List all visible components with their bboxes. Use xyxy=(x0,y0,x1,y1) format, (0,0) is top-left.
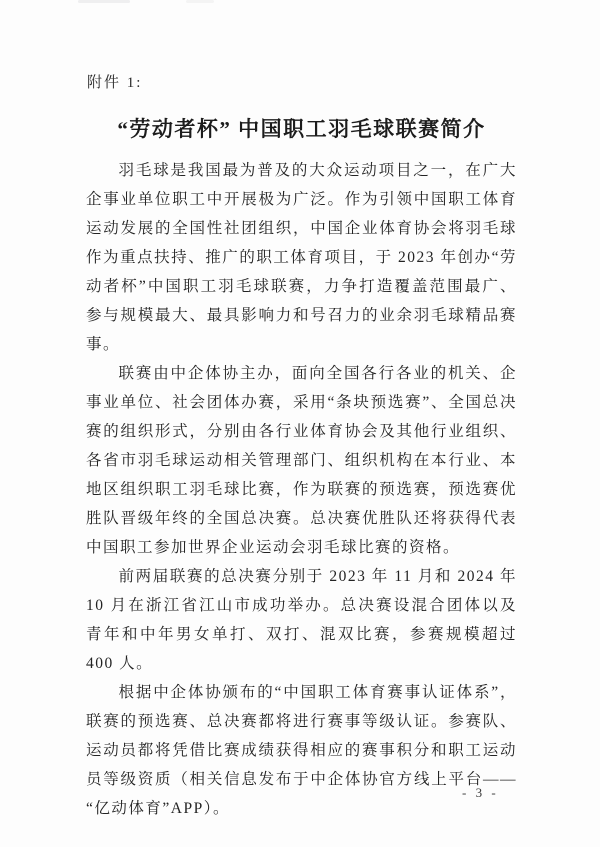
paragraph-1: 羽毛球是我国最为普及的大众运动项目之一，在广大企事业单位职工中开展极为广泛。作为… xyxy=(86,156,517,359)
paragraph-2: 联赛由中企体协主办，面向全国各行各业的机关、企事业单位、社会团体办赛，采用“条块… xyxy=(86,359,517,562)
scan-artifact xyxy=(186,0,214,3)
paragraph-3: 前两届联赛的总决赛分别于 2023 年 11 月和 2024 年 10 月在浙江… xyxy=(86,562,517,678)
page-number: - 3 - xyxy=(462,785,499,801)
document-body: 羽毛球是我国最为普及的大众运动项目之一，在广大企事业单位职工中开展极为广泛。作为… xyxy=(86,156,517,823)
document-page: 附件 1: “劳动者杯” 中国职工羽毛球联赛简介 羽毛球是我国最为普及的大众运动… xyxy=(0,0,600,847)
document-title: “劳动者杯” 中国职工羽毛球联赛简介 xyxy=(85,113,518,143)
attachment-label: 附件 1: xyxy=(87,71,142,92)
paragraph-4: 根据中企体协颁布的“中国职工体育赛事认证体系”，联赛的预选赛、总决赛都将进行赛事… xyxy=(86,678,517,823)
scan-artifact xyxy=(78,0,130,3)
